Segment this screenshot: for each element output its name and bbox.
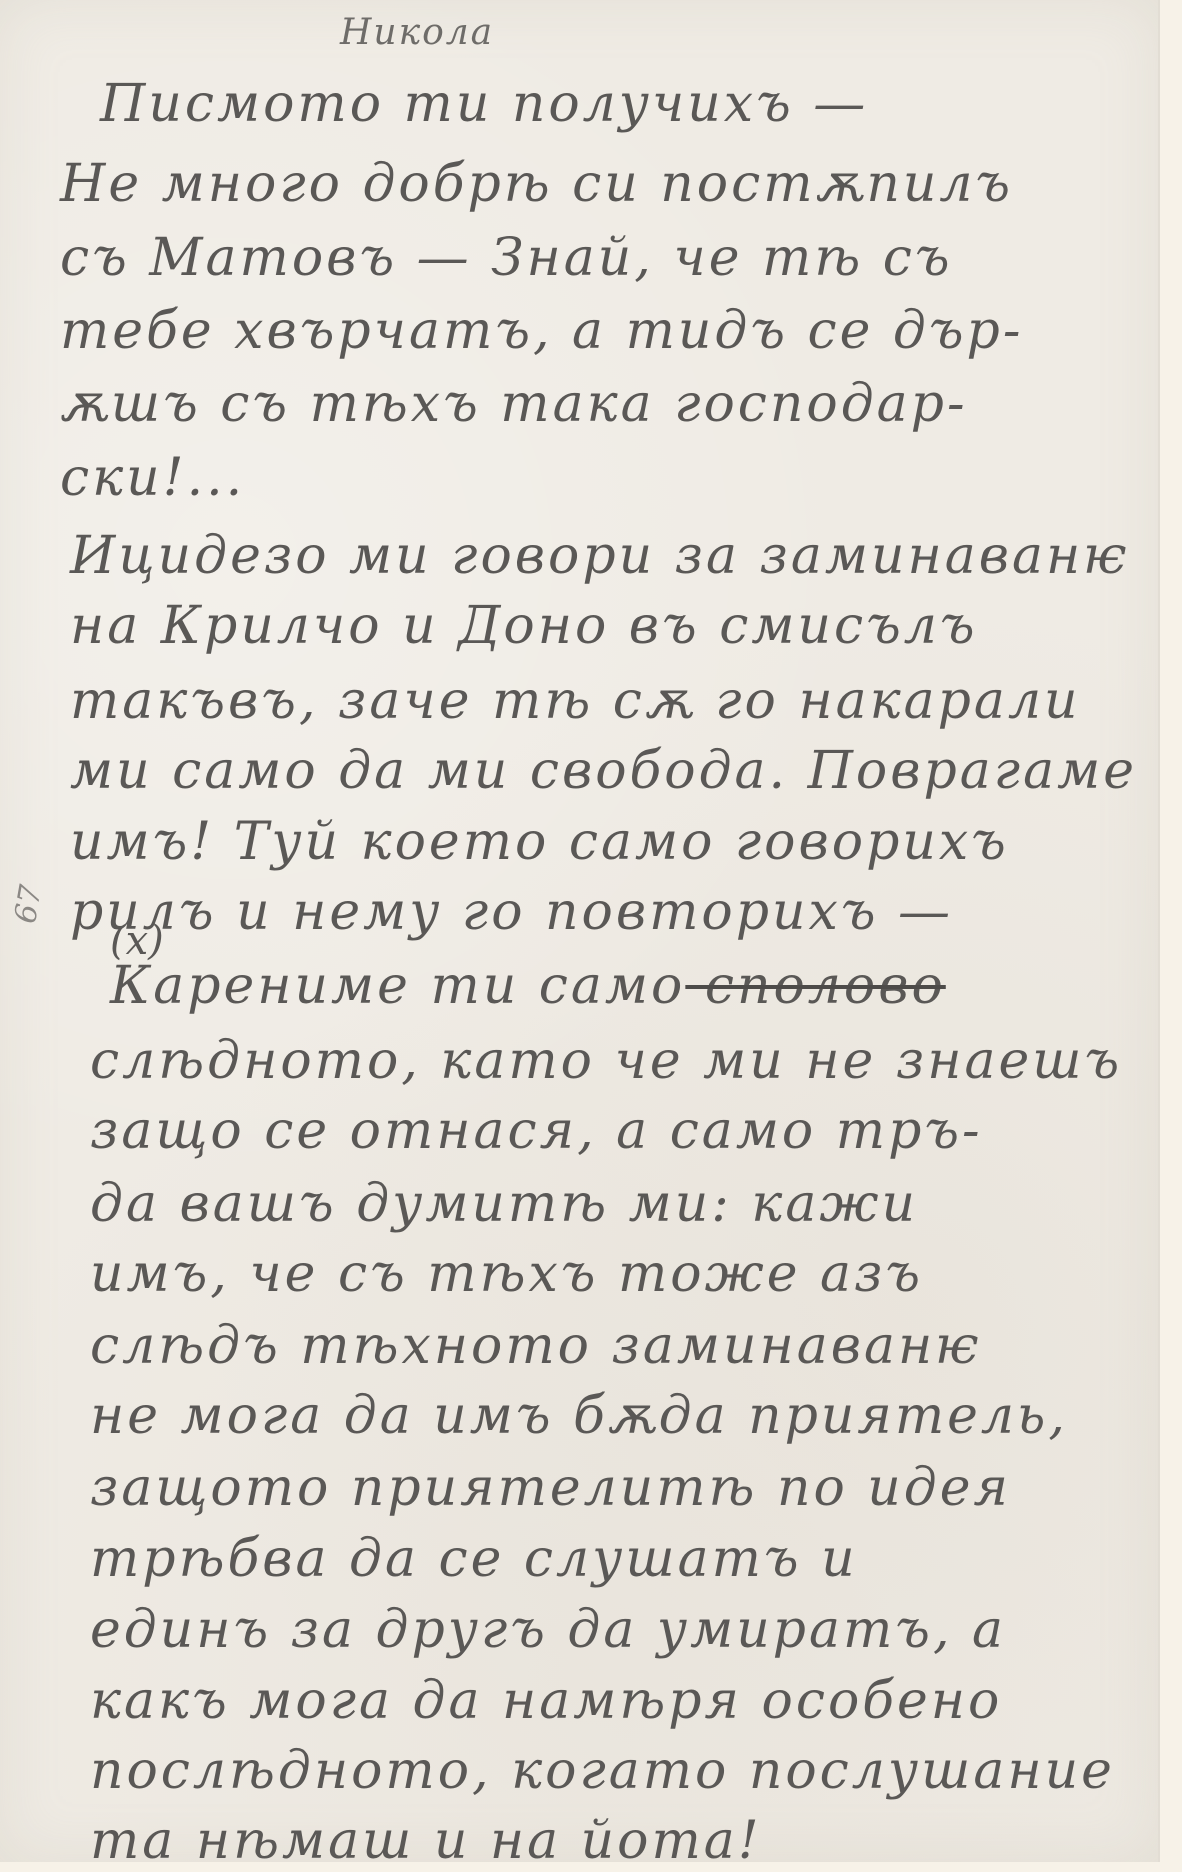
handwritten-line: защото приятелитѣ по идея [90, 1462, 1011, 1514]
line-text: такъвъ, заче тѣ сѫ го накарали [70, 671, 1081, 731]
letter-page: Никола 67 (х) Писмото ти получихъ —Не мн… [0, 0, 1160, 1862]
line-text: имъ! Туй което само говорихъ [70, 812, 1009, 872]
handwritten-line: какъ мога да намѣря особено [90, 1675, 1002, 1727]
handwritten-line: Карениме ти само сполово [110, 960, 946, 1012]
line-text: не мога да имъ бѫда приятель, [90, 1386, 1068, 1446]
handwritten-line: слѣдъ тѣхното заминаванѥ [90, 1320, 982, 1372]
line-text: рилъ и нему го повторихъ — [70, 882, 953, 942]
line-text: защото приятелитѣ по идея [90, 1458, 1011, 1518]
struck-through-text: сполово [685, 956, 945, 1016]
handwritten-line: ми само да ми свобода. Поврагаме [70, 745, 1137, 797]
handwritten-line: съ Матовъ — Знай, че тѣ съ [60, 232, 953, 284]
line-text: съ Матовъ — Знай, че тѣ съ [60, 228, 953, 288]
line-text: имъ, че съ тѣхъ тоже азъ [90, 1244, 923, 1304]
handwritten-line: послѣдното, когато послушание [90, 1745, 1115, 1797]
handwritten-line: ски!... [60, 452, 245, 504]
handwritten-line: рилъ и нему го повторихъ — [70, 886, 953, 938]
line-text: единъ за другъ да умиратъ, а [90, 1600, 1006, 1660]
line-text: трѣбва да се слушатъ и [90, 1529, 858, 1589]
margin-annotation: 67 [8, 882, 49, 926]
handwritten-line: да вашъ думитѣ ми: кажи [90, 1178, 918, 1230]
line-text: да вашъ думитѣ ми: кажи [90, 1174, 918, 1234]
line-text: защо се отнася, а само тръ- [90, 1101, 983, 1161]
handwritten-line: Писмото ти получихъ — [100, 78, 868, 130]
line-text: ѫшъ съ тѣхъ така господар- [60, 374, 968, 434]
line-text: Ицидезо ми говори за заминаванѥ [70, 526, 1130, 586]
handwritten-line: единъ за другъ да умиратъ, а [90, 1604, 1006, 1656]
handwritten-line: слѣдното, като че ми не знаешъ [90, 1035, 1122, 1087]
handwritten-line: имъ! Туй което само говорихъ [70, 816, 1009, 868]
handwritten-line: на Крилчо и Доно въ смисълъ [70, 600, 978, 652]
handwritten-line: защо се отнася, а само тръ- [90, 1105, 983, 1157]
line-text: Карениме ти само [110, 956, 685, 1016]
handwritten-line: имъ, че съ тѣхъ тоже азъ [90, 1248, 923, 1300]
line-text: Не много добрѣ си постѫпилъ [60, 154, 1013, 214]
page-bottom-margin [0, 1862, 1182, 1872]
handwritten-line: трѣбва да се слушатъ и [90, 1533, 858, 1585]
line-text: послѣдното, когато послушание [90, 1741, 1115, 1801]
handwritten-line: не мога да имъ бѫда приятель, [90, 1390, 1068, 1442]
line-text: тебе хвърчатъ, а тидъ се дър- [60, 301, 1023, 361]
handwritten-line: та нѣмаш и на йота! [90, 1815, 762, 1867]
handwritten-line: Ицидезо ми говори за заминаванѥ [70, 530, 1130, 582]
handwritten-line: такъвъ, заче тѣ сѫ го накарали [70, 675, 1081, 727]
letter-heading: Никола [340, 12, 494, 53]
line-text: Писмото ти получихъ — [100, 74, 868, 134]
line-text: ми само да ми свобода. Поврагаме [70, 741, 1137, 801]
handwritten-line: ѫшъ съ тѣхъ така господар- [60, 378, 968, 430]
line-text: слѣдъ тѣхното заминаванѥ [90, 1316, 982, 1376]
handwritten-line: тебе хвърчатъ, а тидъ се дър- [60, 305, 1023, 357]
line-text: какъ мога да намѣря особено [90, 1671, 1002, 1731]
handwritten-line: Не много добрѣ си постѫпилъ [60, 158, 1013, 210]
line-text: слѣдното, като че ми не знаешъ [90, 1031, 1122, 1091]
line-text: на Крилчо и Доно въ смисълъ [70, 596, 978, 656]
line-text: ски!... [60, 448, 245, 508]
